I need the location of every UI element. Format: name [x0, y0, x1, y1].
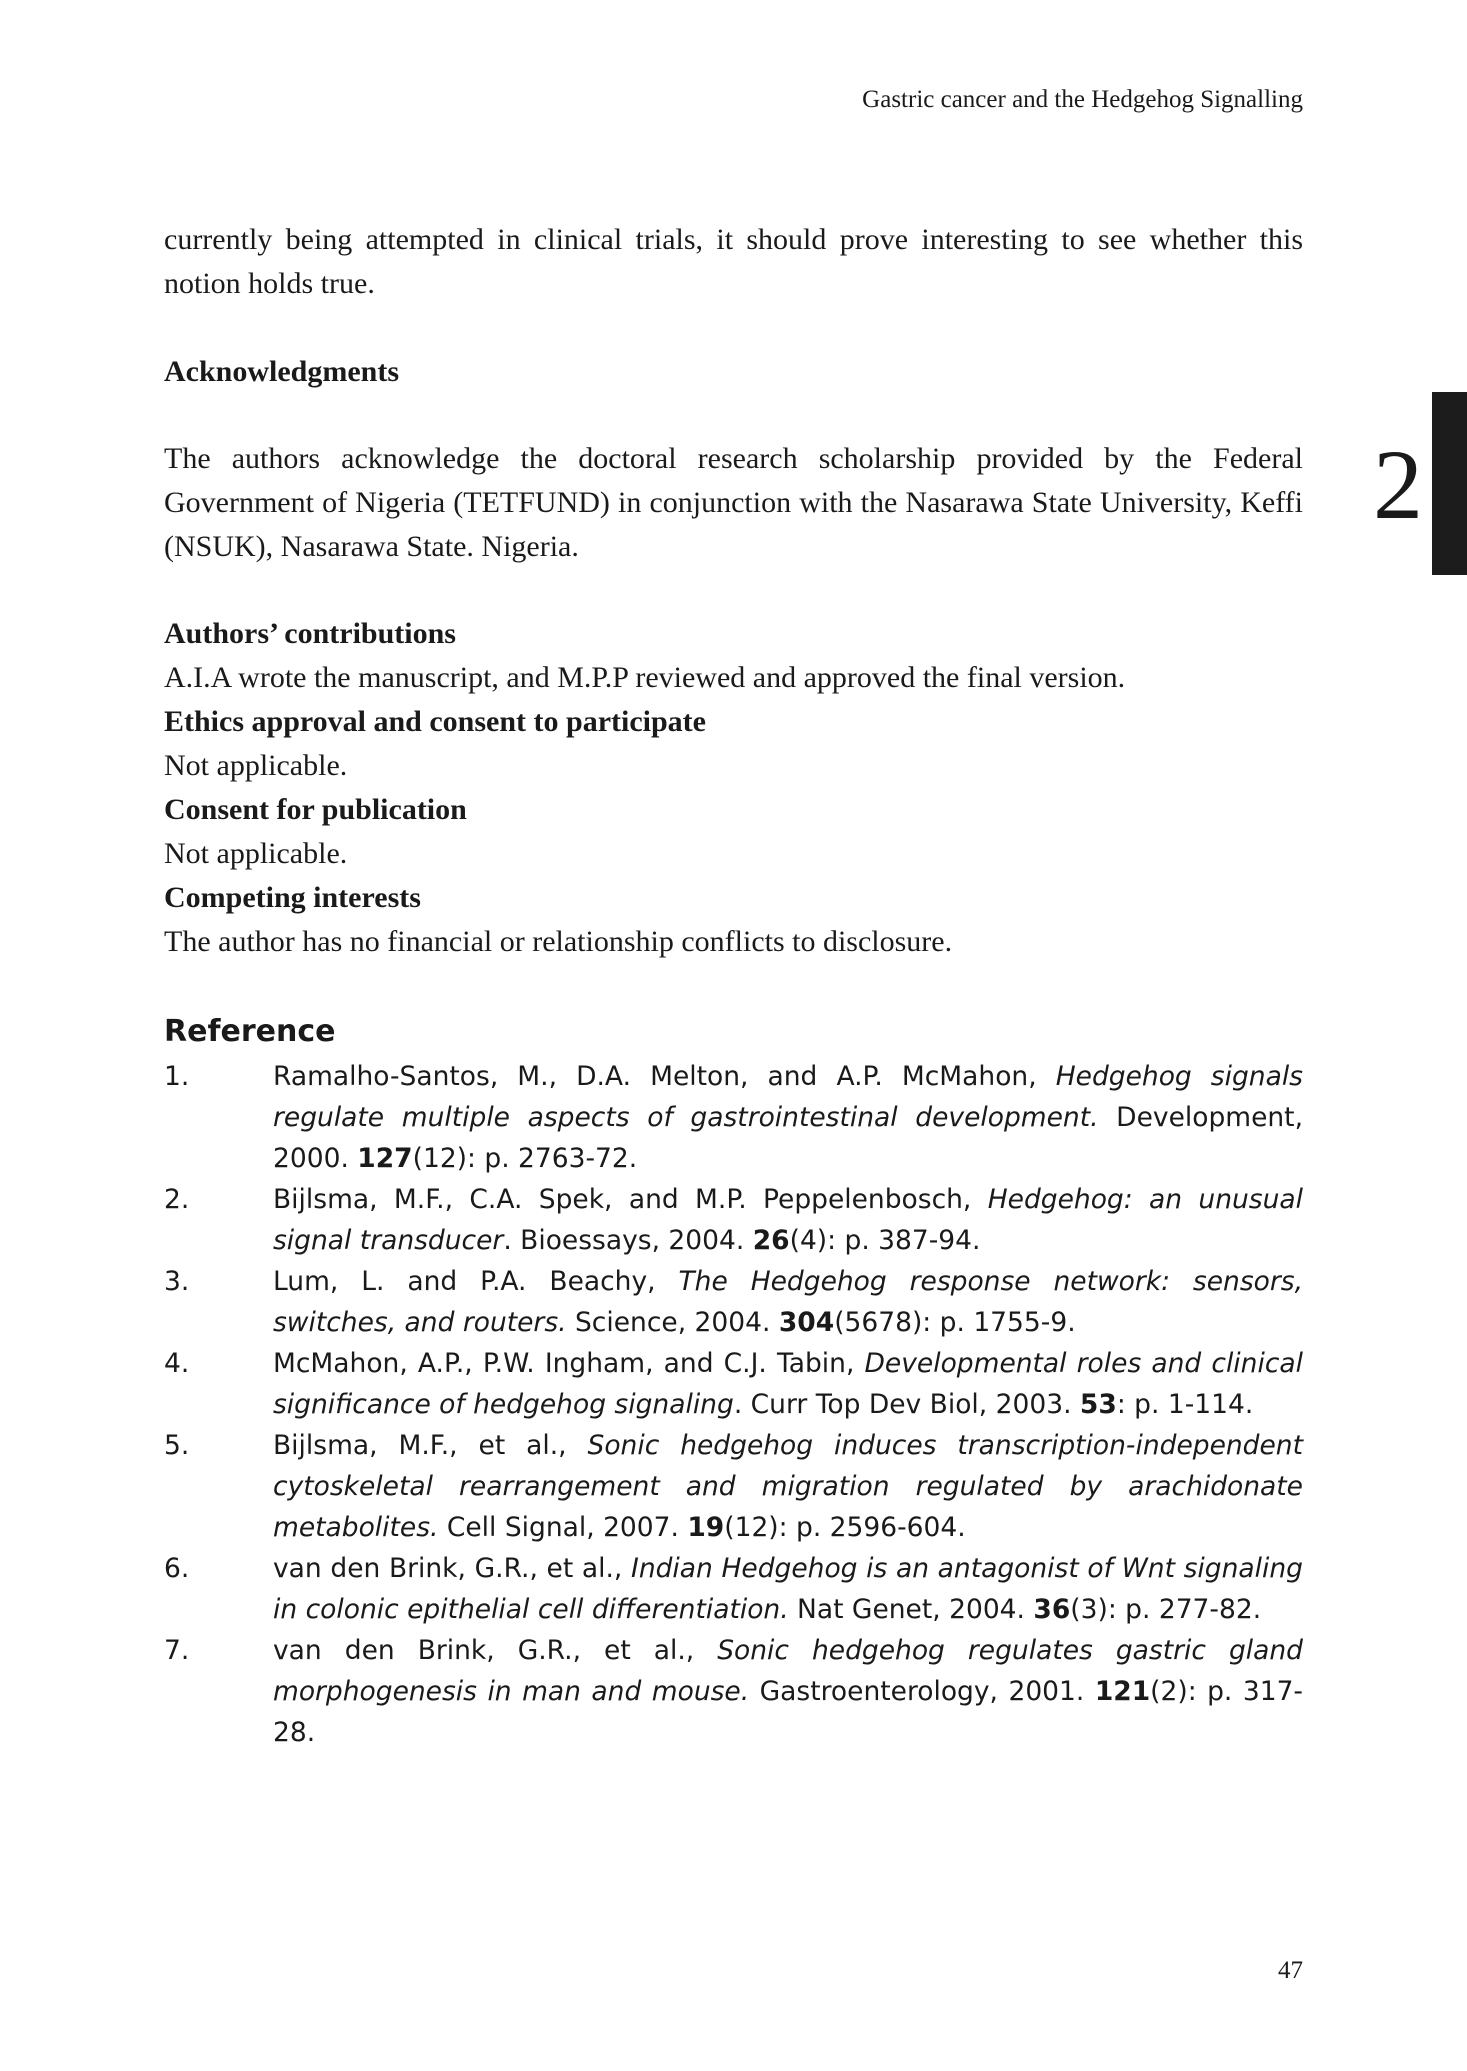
reference-pages: : p. 1-114. — [1117, 1389, 1253, 1420]
reference-journal: . Bioessays, 2004. — [503, 1225, 752, 1256]
chapter-number: 2 — [1368, 430, 1428, 540]
reference-journal: Cell Signal, 2007. — [438, 1512, 687, 1543]
reference-journal: Nat Genet, 2004. — [789, 1594, 1034, 1625]
reference-pages: (12): p. 2596-604. — [724, 1512, 965, 1543]
references-heading: Reference — [164, 1010, 335, 1054]
reference-journal: . Curr Top Dev Biol, 2003. — [734, 1389, 1080, 1420]
reference-authors: McMahon, A.P., P.W. Ingham, and C.J. Tab… — [273, 1348, 865, 1379]
reference-item: 4.McMahon, A.P., P.W. Ingham, and C.J. T… — [164, 1343, 1303, 1425]
reference-volume: 36 — [1033, 1594, 1070, 1625]
authors-contributions-text: A.I.A wrote the manuscript, and M.P.P re… — [164, 656, 1303, 700]
reference-volume: 53 — [1080, 1389, 1117, 1420]
reference-authors: van den Brink, G.R., et al., — [273, 1553, 631, 1584]
reference-number: 7. — [164, 1630, 189, 1671]
reference-item: 6.van den Brink, G.R., et al., Indian He… — [164, 1548, 1303, 1630]
intro-paragraph: currently being attempted in clinical tr… — [164, 218, 1303, 306]
acknowledgments-text: The authors acknowledge the doctoral res… — [164, 437, 1303, 569]
reference-item: 2.Bijlsma, M.F., C.A. Spek, and M.P. Pep… — [164, 1179, 1303, 1261]
reference-volume: 304 — [779, 1307, 834, 1338]
reference-number: 6. — [164, 1548, 189, 1589]
reference-pages: (3): p. 277-82. — [1070, 1594, 1261, 1625]
reference-authors: Lum, L. and P.A. Beachy, — [273, 1266, 679, 1297]
reference-authors: van den Brink, G.R., et al., — [273, 1635, 717, 1666]
acknowledgments-heading: Acknowledgments — [164, 350, 1303, 394]
reference-journal: Science, 2004. — [567, 1307, 779, 1338]
running-head: Gastric cancer and the Hedgehog Signalli… — [700, 84, 1303, 116]
reference-authors: Bijlsma, M.F., et al., — [273, 1430, 588, 1461]
ethics-approval-heading: Ethics approval and consent to participa… — [164, 700, 1303, 744]
reference-item: 5.Bijlsma, M.F., et al., Sonic hedgehog … — [164, 1425, 1303, 1548]
reference-volume: 19 — [687, 1512, 724, 1543]
reference-list: 1.Ramalho-Santos, M., D.A. Melton, and A… — [164, 1056, 1303, 1753]
reference-journal: Gastroenterology, 2001. — [749, 1676, 1095, 1707]
authors-contributions-heading: Authors’ contributions — [164, 612, 1303, 656]
chapter-tab-marker — [1432, 392, 1467, 575]
reference-number: 2. — [164, 1179, 189, 1220]
competing-interests-heading: Competing interests — [164, 876, 1303, 920]
declarations-section: Authors’ contributions A.I.A wrote the m… — [164, 612, 1303, 964]
reference-number: 3. — [164, 1261, 189, 1302]
consent-publication-heading: Consent for publication — [164, 788, 1303, 832]
page-number: 47 — [1250, 1955, 1303, 1987]
acknowledgments-section: Acknowledgments The authors acknowledge … — [164, 350, 1303, 569]
reference-number: 4. — [164, 1343, 189, 1384]
reference-item: 3.Lum, L. and P.A. Beachy, The Hedgehog … — [164, 1261, 1303, 1343]
ethics-approval-text: Not applicable. — [164, 744, 1303, 788]
competing-interests-text: The author has no financial or relations… — [164, 920, 1303, 964]
reference-authors: Bijlsma, M.F., C.A. Spek, and M.P. Peppe… — [273, 1184, 988, 1215]
reference-item: 1.Ramalho-Santos, M., D.A. Melton, and A… — [164, 1056, 1303, 1179]
reference-pages: (12): p. 2763-72. — [413, 1143, 638, 1174]
intro-section: currently being attempted in clinical tr… — [164, 218, 1303, 306]
reference-pages: (5678): p. 1755-9. — [834, 1307, 1075, 1338]
reference-volume: 26 — [753, 1225, 790, 1256]
reference-number: 1. — [164, 1056, 189, 1097]
reference-pages: (4): p. 387-94. — [790, 1225, 981, 1256]
reference-authors: Ramalho-Santos, M., D.A. Melton, and A.P… — [273, 1061, 1056, 1092]
reference-number: 5. — [164, 1425, 189, 1466]
reference-volume: 121 — [1095, 1676, 1150, 1707]
reference-volume: 127 — [357, 1143, 412, 1174]
consent-publication-text: Not applicable. — [164, 832, 1303, 876]
reference-item: 7.van den Brink, G.R., et al., Sonic hed… — [164, 1630, 1303, 1753]
